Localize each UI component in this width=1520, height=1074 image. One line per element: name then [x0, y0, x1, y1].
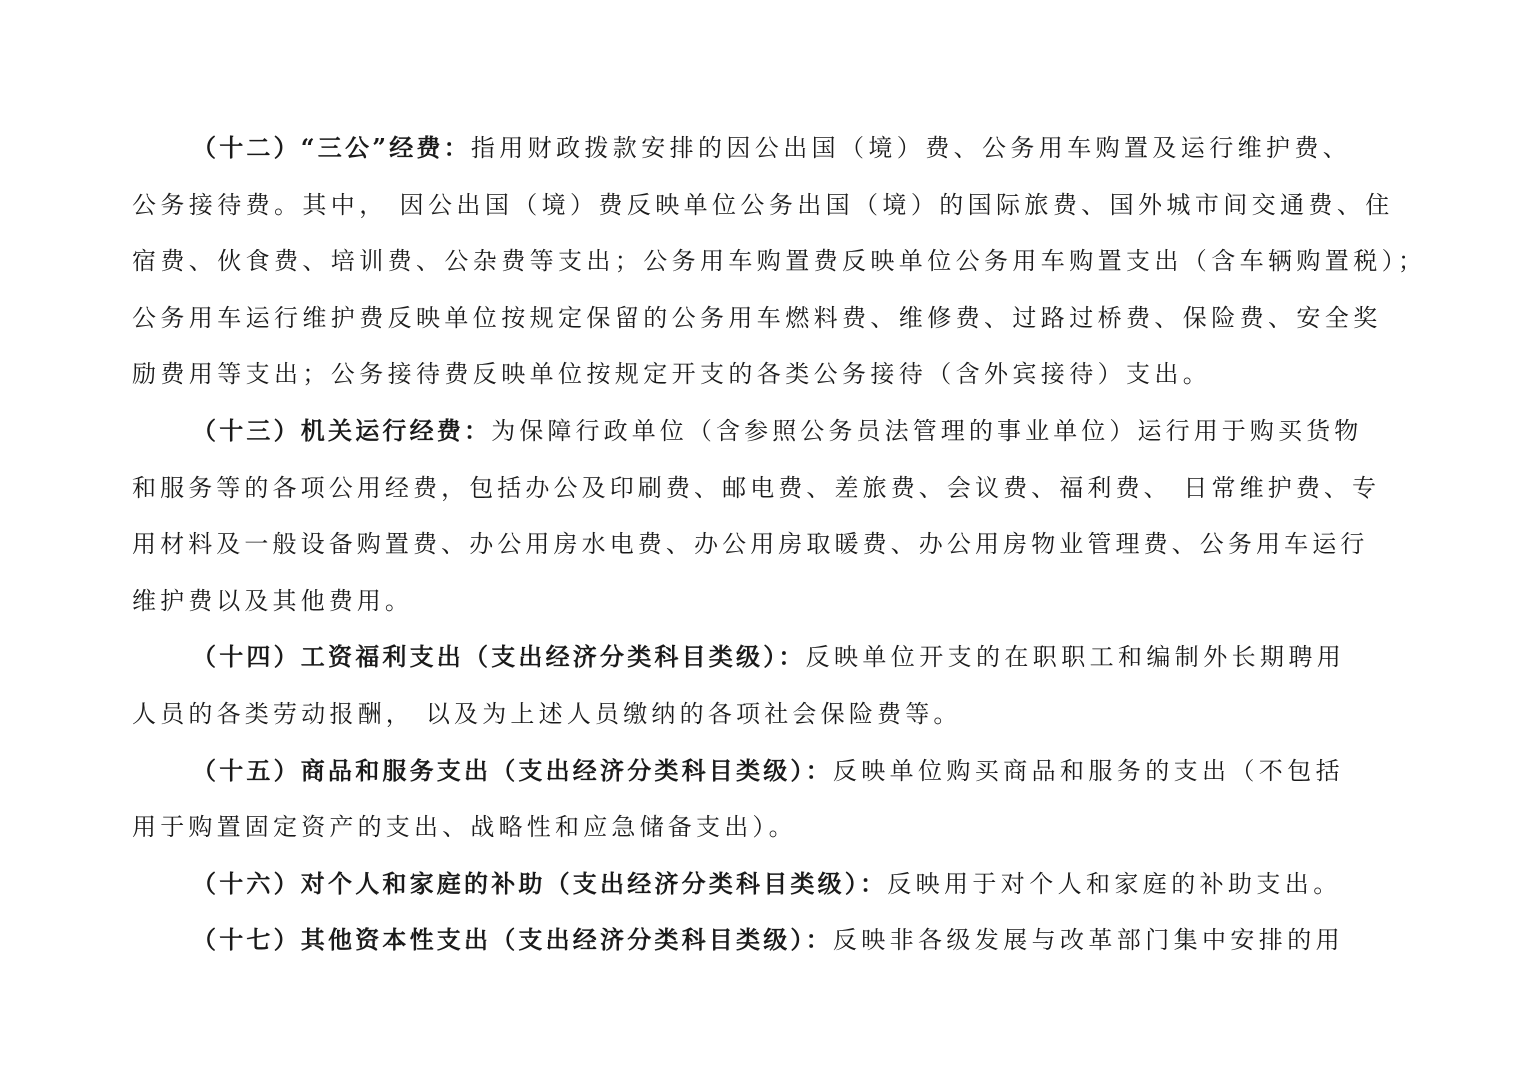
- paragraph-san-gong-expenses: （十二）“三公”经费：指用财政拨款安排的因公出国（境）费、公务用车购置及运行维护…: [132, 120, 1402, 403]
- document-page: （十二）“三公”经费：指用财政拨款安排的因公出国（境）费、公务用车购置及运行维护…: [132, 120, 1402, 969]
- paragraph-line: 宿费、伙食费、培训费、公杂费等支出；公务用车购置费反映单位公务用车购置支出（含车…: [132, 233, 1402, 290]
- paragraph-line: 人员的各类劳动报酬， 以及为上述人员缴纳的各项社会保险费等。: [132, 686, 1402, 743]
- paragraph-first-line: （十七）其他资本性支出（支出经济分类科目类级）：反映非各级发展与改革部门集中安排…: [132, 912, 1402, 969]
- paragraph-line: 公务接待费。其中， 因公出国（境）费反映单位公务出国（境）的国际旅费、国外城市间…: [132, 177, 1402, 234]
- paragraph-wages-benefits: （十四）工资福利支出（支出经济分类科目类级）：反映单位开支的在职职工和编制外长期…: [132, 629, 1402, 742]
- paragraph-first-line: （十六）对个人和家庭的补助（支出经济分类科目类级）：反映用于对个人和家庭的补助支…: [132, 856, 1402, 913]
- paragraph-first-line: （十五）商品和服务支出（支出经济分类科目类级）：反映单位购买商品和服务的支出（不…: [132, 743, 1402, 800]
- paragraph-subsidies-individuals: （十六）对个人和家庭的补助（支出经济分类科目类级）：反映用于对个人和家庭的补助支…: [132, 856, 1402, 913]
- paragraph-first-line: （十二）“三公”经费：指用财政拨款安排的因公出国（境）费、公务用车购置及运行维护…: [132, 120, 1402, 177]
- paragraph-goods-services: （十五）商品和服务支出（支出经济分类科目类级）：反映单位购买商品和服务的支出（不…: [132, 743, 1402, 856]
- paragraph-text: 反映单位购买商品和服务的支出（不包括: [833, 757, 1344, 785]
- term-heading: （十二）“三公”经费：: [192, 133, 471, 162]
- paragraph-first-line: （十四）工资福利支出（支出经济分类科目类级）：反映单位开支的在职职工和编制外长期…: [132, 629, 1402, 686]
- paragraph-line: 维护费以及其他费用。: [132, 573, 1402, 630]
- paragraph-line: 用于购置固定资产的支出、战略性和应急储备支出）。: [132, 799, 1402, 856]
- paragraph-agency-operating-expenses: （十三）机关运行经费：为保障行政单位（含参照公务员法管理的事业单位）运行用于购买…: [132, 403, 1402, 629]
- paragraph-text: 指用财政拨款安排的因公出国（境）费、公务用车购置及运行维护费、: [471, 134, 1351, 162]
- paragraph-text: 反映非各级发展与改革部门集中安排的用: [833, 926, 1344, 954]
- paragraph-line: 公务用车运行维护费反映单位按规定保留的公务用车燃料费、维修费、过路过桥费、保险费…: [132, 290, 1402, 347]
- paragraph-line: 励费用等支出；公务接待费反映单位按规定开支的各类公务接待（含外宾接待）支出。: [132, 346, 1402, 403]
- paragraph-text: 为保障行政单位（含参照公务员法管理的事业单位）运行用于购买货物: [491, 417, 1362, 445]
- paragraph-line: 和服务等的各项公用经费，包括办公及印刷费、邮电费、差旅费、会议费、福利费、 日常…: [132, 460, 1402, 517]
- paragraph-first-line: （十三）机关运行经费：为保障行政单位（含参照公务员法管理的事业单位）运行用于购买…: [132, 403, 1402, 460]
- term-heading: （十三）机关运行经费：: [192, 416, 491, 445]
- term-heading: （十五）商品和服务支出（支出经济分类科目类级）：: [192, 756, 833, 785]
- paragraph-line: 用材料及一般设备购置费、办公用房水电费、办公用房取暖费、办公用房物业管理费、公务…: [132, 516, 1402, 573]
- paragraph-text: 反映用于对个人和家庭的补助支出。: [887, 870, 1341, 898]
- paragraph-other-capital-expenditure: （十七）其他资本性支出（支出经济分类科目类级）：反映非各级发展与改革部门集中安排…: [132, 912, 1402, 969]
- term-heading: （十七）其他资本性支出（支出经济分类科目类级）：: [192, 925, 833, 954]
- paragraph-text: 反映单位开支的在职职工和编制外长期聘用: [806, 643, 1346, 671]
- term-heading: （十六）对个人和家庭的补助（支出经济分类科目类级）：: [192, 869, 887, 898]
- term-heading: （十四）工资福利支出（支出经济分类科目类级）：: [192, 642, 806, 671]
